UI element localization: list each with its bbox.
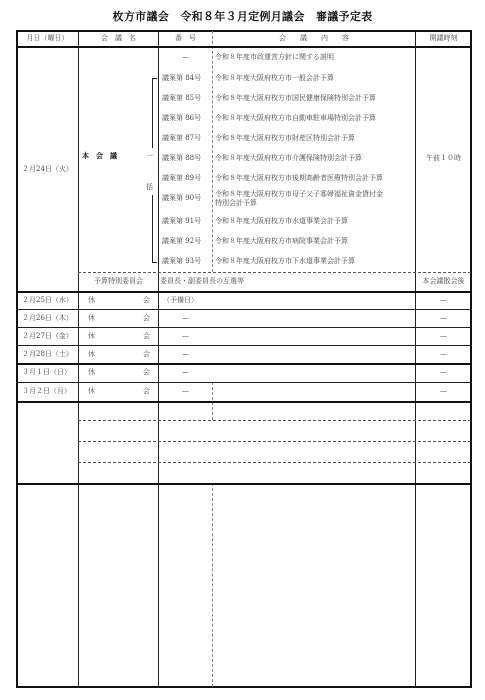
col-divider-number — [212, 483, 213, 687]
row-divider — [78, 420, 471, 421]
meeting-content: （予備日） — [163, 296, 198, 305]
date-cell: ２月24日（火） — [22, 165, 73, 174]
row-divider — [17, 309, 471, 310]
time-cell: — — [416, 296, 471, 305]
meeting-name-right: 会 — [143, 296, 150, 305]
meeting-content: — — [182, 314, 189, 323]
meeting-name-right: 会 — [143, 332, 150, 341]
item-number: 議案第 87号 — [162, 134, 201, 143]
item-number: 議案第 89号 — [162, 174, 201, 183]
bulk-label-bottom: 括 — [146, 183, 153, 192]
row-divider — [17, 345, 471, 346]
date-cell: ２月25日（水） — [22, 296, 73, 305]
date-cell: ２月28日（土） — [22, 350, 73, 359]
time-cell: 午前１０時 — [416, 154, 471, 163]
time-cell: — — [416, 387, 471, 396]
time-cell: — — [416, 314, 471, 323]
header-meeting: 会 議 名 — [79, 34, 158, 43]
header-time: 開議時刻 — [416, 34, 471, 43]
bracket-top — [152, 78, 157, 148]
header-date: 月日（曜日） — [17, 34, 78, 43]
item-content: 令和８年度大阪府枚方市一般会計予算 — [215, 74, 334, 83]
item-number: 議案第 88号 — [162, 154, 201, 163]
item-content: 令和８年度市政運営方針に関する説明 — [215, 53, 334, 62]
meeting-content: — — [182, 368, 189, 377]
meeting-name-right: 会 — [143, 350, 150, 359]
row-divider — [17, 363, 471, 365]
item-content: 令和８年度大阪府枚方市母子父子寡婦福祉資金貸付金 — [215, 190, 383, 199]
item-number: 議案第 91号 — [162, 217, 201, 226]
item-number: 議案第 85号 — [162, 94, 201, 103]
item-number: 議案第 84号 — [162, 74, 201, 83]
bracket-bottom — [152, 195, 157, 263]
item-content: 令和８年度大阪府枚方市病院事業会計予算 — [215, 237, 348, 246]
meeting-name-right: 会 — [143, 314, 150, 323]
row-divider — [17, 483, 471, 485]
time-cell: — — [416, 368, 471, 377]
time-cell: — — [416, 350, 471, 359]
date-cell: ２月27日（金） — [22, 332, 73, 341]
meeting-name: 本 会 議 — [82, 152, 138, 161]
header-divider — [17, 46, 471, 48]
item-number: 議案第 93号 — [162, 257, 201, 266]
item-content: 令和８年度大阪府枚方市水道事業会計予算 — [215, 217, 348, 226]
meeting-name-left: 休 — [88, 368, 95, 377]
item-content: 令和８年度大阪府枚方市国民健康保険特別会計予算 — [215, 94, 376, 103]
item-content: 令和８年度大阪府枚方市下水道事業会計予算 — [215, 257, 355, 266]
col-divider-time — [415, 31, 416, 687]
header-content: 会 議 内 容 — [213, 34, 415, 43]
col-divider-date — [78, 31, 79, 687]
row-divider — [78, 272, 471, 273]
meeting-name-right: 会 — [143, 368, 150, 377]
schedule-table — [16, 30, 472, 688]
meeting-name-left: 休 — [88, 387, 95, 396]
item-content: 令和８年度大阪府枚方市後期高齢者医療特別会計予算 — [215, 174, 383, 183]
meeting-content: 委員長・副委員長の互選等 — [160, 277, 244, 286]
date-cell: ２月26日（木） — [22, 314, 73, 323]
col-divider-number — [212, 31, 213, 272]
meeting-content: — — [182, 350, 189, 359]
bulk-label-top: 一 — [146, 152, 153, 161]
header-number: 番 号 — [159, 34, 212, 43]
item-number: 議案第 92号 — [162, 237, 201, 246]
meeting-name-left: 休 — [88, 314, 95, 323]
meeting-name-left: 休 — [88, 296, 95, 305]
item-number: 議案第 90号 — [162, 194, 201, 203]
row-divider — [17, 327, 471, 328]
item-content: 令和８年度大阪府枚方市財産区特別会計予算 — [215, 134, 355, 143]
row-divider — [17, 382, 471, 383]
meeting-name-left: 休 — [88, 332, 95, 341]
item-content-cont: 特別会計予算 — [215, 199, 257, 208]
meeting-content: — — [182, 387, 189, 396]
item-number: 議案第 86号 — [162, 114, 201, 123]
page-title: 枚方市議会 令和８年３月定例月議会 審議予定表 — [0, 8, 485, 24]
row-divider — [17, 291, 471, 293]
item-number: — — [159, 53, 212, 62]
col-divider-meeting — [158, 31, 159, 687]
row-divider — [78, 462, 471, 463]
time-cell: 本会議散会後 — [416, 277, 471, 286]
item-content: 令和８年度大阪府枚方市自動車駐車場特別会計予算 — [215, 114, 376, 123]
row-divider — [17, 401, 471, 403]
meeting-content: — — [182, 332, 189, 341]
meeting-name-text: 本 会 議 — [82, 152, 117, 161]
meeting-name-left: 休 — [88, 350, 95, 359]
item-content: 令和８年度大阪府枚方市介護保険特別会計予算 — [215, 154, 362, 163]
date-cell: ３月１日（日） — [22, 368, 71, 377]
row-divider — [78, 441, 471, 442]
date-cell: ３月２日（月） — [22, 387, 71, 396]
meeting-name-right: 会 — [143, 387, 150, 396]
time-cell: — — [416, 332, 471, 341]
meeting-name: 予算特別委員会 — [79, 277, 158, 286]
